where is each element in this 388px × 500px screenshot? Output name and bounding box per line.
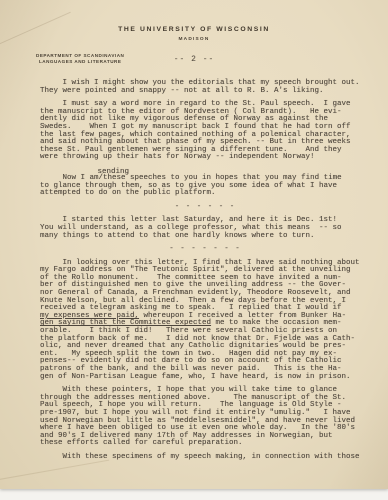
section-divider-2: - - - - - - - [40, 246, 370, 254]
paragraph-fargo-address: In looking over this letter, I find that… [40, 260, 370, 382]
paragraph-sending-speeches: Now I amsending/these speeches to you in… [40, 175, 370, 198]
page-number: -- 2 -- [0, 55, 388, 64]
letter-body: I wish I might show you the editorials t… [40, 80, 370, 468]
letter-page: THE UNIVERSITY OF WISCONSIN MADISON DEPA… [0, 0, 388, 489]
insertion-mark: sending/ [99, 175, 104, 183]
fargo-text-a: In looking over this letter, I find that… [40, 259, 360, 313]
section-divider-1: - - - - - - [40, 204, 370, 212]
paragraph-pointers: With these pointers, I hope that you wil… [40, 387, 370, 448]
paragraph-st-paul-speech: I must say a word more in regard to the … [40, 101, 370, 162]
fargo-text-c: me to make the occasion mem- orable. I t… [40, 319, 355, 380]
letterhead-city: MADISON [0, 37, 388, 42]
paragraph-letter-started: I started this letter last Saturday, and… [40, 217, 370, 240]
paragraph-editorials: I wish I might show you the editorials t… [40, 80, 370, 95]
inserted-word-sending: sending [98, 169, 130, 177]
paragraph-specimens: With these specimens of my speech making… [40, 454, 370, 462]
letterhead-university-title: THE UNIVERSITY OF WISCONSIN [0, 26, 388, 33]
